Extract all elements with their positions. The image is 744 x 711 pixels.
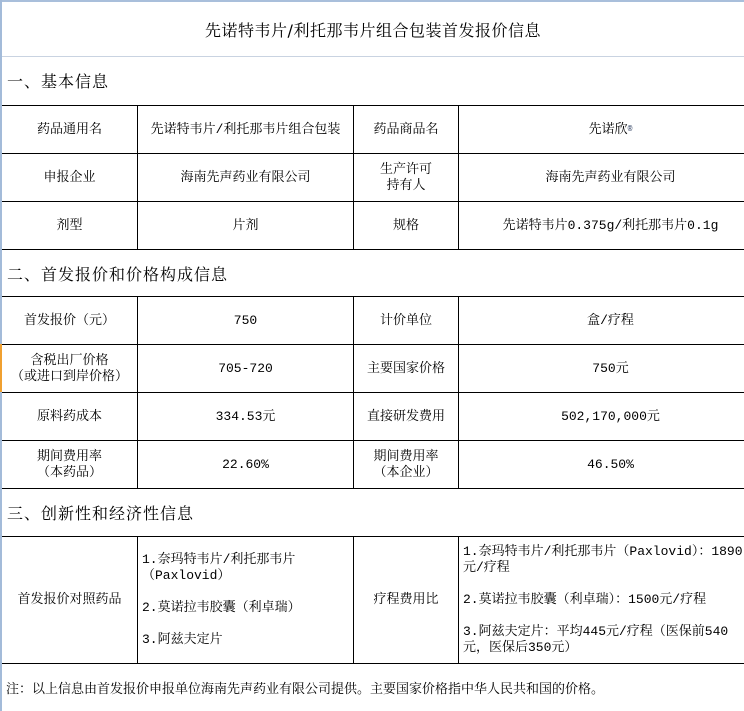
table-row: 含税出厂价格 （或进口到岸价格） 705-720 主要国家价格 750元: [2, 344, 744, 392]
table-row: 药品通用名 先诺特韦片/利托那韦片组合包装 药品商品名 先诺欣®: [2, 105, 744, 153]
label-applicant[interactable]: 申报企业: [2, 154, 137, 201]
value-expense-rate-drug[interactable]: 22.60%: [137, 441, 353, 488]
list-item: 3.阿兹夫定片：平均445元/疗程（医保前540元，医保后350元）: [463, 624, 744, 656]
table-row: 期间费用率 （本药品） 22.60% 期间费用率 （本企业） 46.50%: [2, 440, 744, 488]
label-generic-name[interactable]: 药品通用名: [2, 106, 137, 153]
value-ex-factory-price[interactable]: 705-720: [137, 345, 353, 392]
label-reference-drugs[interactable]: 首发报价对照药品: [2, 537, 137, 663]
value-dosage-form[interactable]: 片剂: [137, 202, 353, 249]
label-dosage-form[interactable]: 剂型: [2, 202, 137, 249]
section-heading-basic[interactable]: 一、基本信息: [2, 56, 744, 105]
value-applicant[interactable]: 海南先声药业有限公司: [137, 154, 353, 201]
list-item: 2.莫诺拉韦胶囊（利卓瑞）：1500元/疗程: [463, 592, 744, 608]
reference-drug-list: 1.奈玛特韦片/利托那韦片（Paxlovid） 2.莫诺拉韦胶囊（利卓瑞） 3.…: [142, 536, 347, 664]
value-expense-rate-company[interactable]: 46.50%: [458, 441, 744, 488]
spreadsheet: 先诺特韦片/利托那韦片组合包装首发报价信息 一、基本信息 药品通用名 先诺特韦片…: [0, 0, 744, 711]
label-course-cost-ratio[interactable]: 疗程费用比: [353, 537, 458, 663]
list-item: 2.莫诺拉韦胶囊（利卓瑞）: [142, 600, 347, 616]
label-expense-rate-drug[interactable]: 期间费用率 （本药品）: [2, 441, 137, 488]
label-pricing-unit[interactable]: 计价单位: [353, 297, 458, 344]
table-row: 首发报价（元） 750 计价单位 盒/疗程: [2, 296, 744, 344]
label-expense-rate-company[interactable]: 期间费用率 （本企业）: [353, 441, 458, 488]
value-generic-name[interactable]: 先诺特韦片/利托那韦片组合包装: [137, 106, 353, 153]
list-item: 3.阿兹夫定片: [142, 632, 347, 648]
page-title[interactable]: 先诺特韦片/利托那韦片组合包装首发报价信息: [2, 2, 744, 56]
value-reference-drugs[interactable]: 1.奈玛特韦片/利托那韦片（Paxlovid） 2.莫诺拉韦胶囊（利卓瑞） 3.…: [137, 537, 353, 663]
table-row: 原料药成本 334.53元 直接研发费用 502,170,000元: [2, 392, 744, 440]
label-specification[interactable]: 规格: [353, 202, 458, 249]
footnote[interactable]: 注：以上信息由首发报价申报单位海南先声药业有限公司提供。主要国家价格指中华人民共…: [2, 663, 744, 711]
value-rd-cost[interactable]: 502,170,000元: [458, 393, 744, 440]
label-launch-price[interactable]: 首发报价（元）: [2, 297, 137, 344]
list-item: 1.奈玛特韦片/利托那韦片（Paxlovid）: [142, 552, 347, 584]
value-license-holder[interactable]: 海南先声药业有限公司: [458, 154, 744, 201]
value-specification[interactable]: 先诺特韦片0.375g/利托那韦片0.1g: [458, 202, 744, 249]
table-row: 剂型 片剂 规格 先诺特韦片0.375g/利托那韦片0.1g: [2, 201, 744, 249]
value-pricing-unit[interactable]: 盒/疗程: [458, 297, 744, 344]
course-cost-list: 1.奈玛特韦片/利托那韦片（Paxlovid）：1890元/疗程 2.莫诺拉韦胶…: [463, 528, 744, 672]
value-major-country-price[interactable]: 750元: [458, 345, 744, 392]
registered-trademark-icon: ®: [628, 126, 633, 134]
table-row: 申报企业 海南先声药业有限公司 生产许可 持有人 海南先声药业有限公司: [2, 153, 744, 201]
selected-row-indicator: [0, 344, 2, 392]
value-launch-price[interactable]: 750: [137, 297, 353, 344]
value-course-cost-ratio[interactable]: 1.奈玛特韦片/利托那韦片（Paxlovid）：1890元/疗程 2.莫诺拉韦胶…: [458, 537, 744, 663]
label-license-holder[interactable]: 生产许可 持有人: [353, 154, 458, 201]
label-ex-factory-price[interactable]: 含税出厂价格 （或进口到岸价格）: [2, 345, 137, 392]
value-api-cost[interactable]: 334.53元: [137, 393, 353, 440]
list-item: 1.奈玛特韦片/利托那韦片（Paxlovid）：1890元/疗程: [463, 544, 744, 576]
value-brand-name[interactable]: 先诺欣®: [458, 106, 744, 153]
label-rd-cost[interactable]: 直接研发费用: [353, 393, 458, 440]
label-major-country-price[interactable]: 主要国家价格: [353, 345, 458, 392]
table-row: 首发报价对照药品 1.奈玛特韦片/利托那韦片（Paxlovid） 2.莫诺拉韦胶…: [2, 536, 744, 663]
label-brand-name[interactable]: 药品商品名: [353, 106, 458, 153]
section-heading-price[interactable]: 二、首发报价和价格构成信息: [2, 249, 744, 296]
brand-name-text: 先诺欣: [589, 122, 628, 138]
label-api-cost[interactable]: 原料药成本: [2, 393, 137, 440]
